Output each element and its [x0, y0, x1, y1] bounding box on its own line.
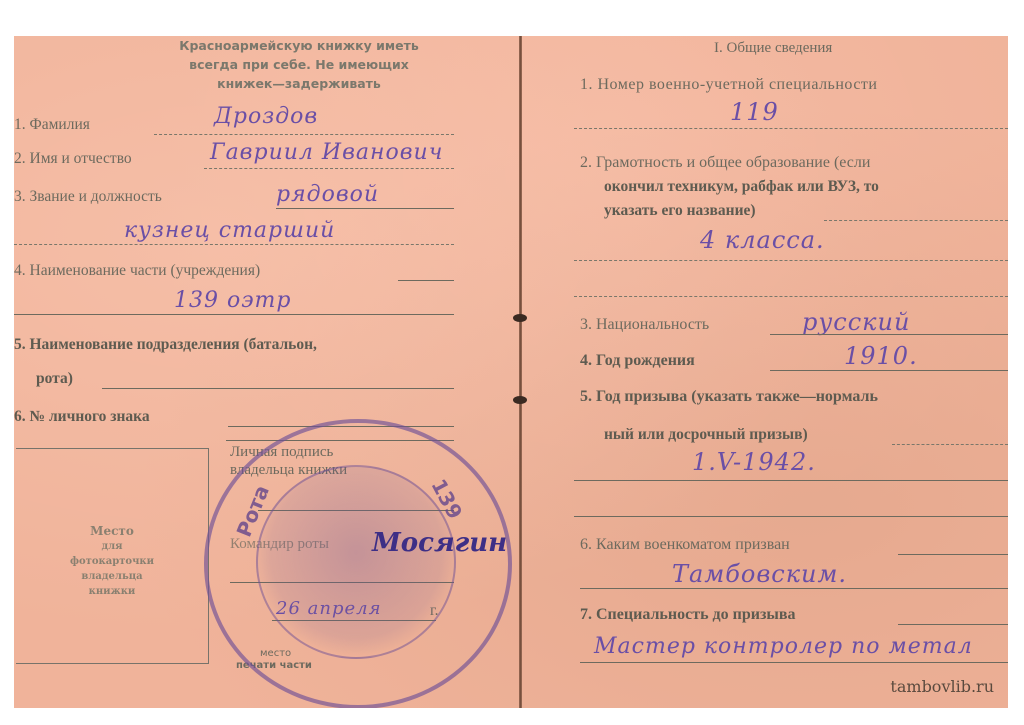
position-value: кузнец старший	[124, 218, 335, 243]
photo-text-3: фотокарточки	[16, 554, 208, 569]
prior-specialty-value: Мастер контролер по метал	[594, 634, 973, 659]
section-title: I. Общие сведения	[714, 40, 832, 57]
tag-number-label: 6. № личного знака	[14, 408, 150, 426]
prior-specialty-line-2	[580, 662, 1008, 663]
name-patronymic-label: 2. Имя и отчество	[14, 150, 132, 168]
photo-placeholder-box: Место для фотокарточки владельца книжки	[16, 448, 209, 664]
unit-name-line-1	[398, 280, 454, 281]
photo-placeholder-text: Место для фотокарточки владельца книжки	[16, 524, 208, 599]
right-page: I. Общие сведения 1. Номер военно-учетно…	[522, 36, 1008, 708]
enlistment-office-line-2	[580, 588, 1008, 589]
education-value: 4 класса.	[700, 226, 825, 254]
header-note-line-2: всегда при себе. Не имеющих	[114, 55, 484, 74]
education-line-2	[574, 260, 1008, 261]
unit-name-label: 4. Наименование части (учреждения)	[14, 262, 260, 280]
prior-specialty-line-1	[898, 624, 1008, 625]
unit-name-value: 139 оэтр	[174, 288, 292, 313]
position-line	[14, 244, 454, 245]
subdivision-label: 5. Наименование подразделения (батальон,	[14, 336, 317, 354]
surname-line	[154, 134, 454, 135]
education-label-3: указать его название)	[604, 202, 756, 220]
nationality-value: русский	[802, 308, 910, 336]
rank-line	[276, 208, 454, 209]
rank-position-label: 3. Звание и должность	[14, 188, 162, 206]
red-army-booklet-spread: Красноармейскую книжку иметь всегда при …	[14, 36, 1008, 708]
subdivision-label-2: рота)	[36, 370, 73, 388]
photo-text-1: Место	[16, 524, 208, 539]
photo-text-4: владельца	[16, 569, 208, 584]
header-note: Красноармейскую книжку иметь всегда при …	[114, 36, 484, 93]
watermark: tambovlib.ru	[890, 677, 994, 696]
subdivision-line	[102, 388, 454, 389]
conscription-year-line-3	[574, 516, 1008, 517]
rank-value: рядовой	[276, 182, 379, 207]
stamp-emblem	[256, 465, 456, 659]
education-label-2: окончил техникум, рабфак или ВУЗ, то	[604, 178, 879, 196]
conscription-year-label: 5. Год призыва (указать также—нормаль	[580, 388, 878, 406]
name-patronymic-line	[204, 168, 454, 169]
birth-year-line	[770, 370, 1008, 371]
education-line-3	[574, 296, 1008, 297]
education-line-1	[824, 220, 1008, 221]
military-specialty-label: 1. Номер военно-учетной специальности	[580, 76, 877, 94]
header-note-line-1: Красноармейскую книжку иметь	[114, 36, 484, 55]
enlistment-office-label: 6. Каким военкоматом призван	[580, 536, 790, 554]
header-note-line-3: книжек—задерживать	[114, 74, 484, 93]
enlistment-office-value: Тамбовским.	[672, 560, 847, 588]
education-label: 2. Грамотность и общее образование (если	[580, 154, 870, 172]
military-specialty-line	[574, 128, 1008, 129]
commander-signature: Мосягин	[372, 528, 507, 558]
birth-year-label: 4. Год рождения	[580, 352, 695, 370]
conscription-year-line-1	[892, 444, 1008, 445]
photo-text-2: для	[16, 539, 208, 554]
nationality-label: 3. Национальность	[580, 316, 709, 334]
enlistment-office-line-1	[898, 554, 1008, 555]
name-patronymic-value: Гавриил Иванович	[210, 140, 443, 165]
conscription-year-label-2: ный или досрочный призыв)	[604, 426, 808, 444]
left-page: Красноармейскую книжку иметь всегда при …	[14, 36, 520, 708]
unit-stamp: Рота 139	[204, 419, 512, 708]
prior-specialty-label: 7. Специальность до призыва	[580, 606, 796, 624]
surname-label: 1. Фамилия	[14, 116, 90, 134]
photo-text-5: книжки	[16, 584, 208, 599]
unit-name-line-2	[14, 314, 454, 315]
birth-year-value: 1910.	[844, 342, 918, 370]
surname-value: Дроздов	[214, 104, 318, 129]
conscription-year-line-2	[574, 480, 1008, 481]
conscription-year-value: 1.V-1942.	[692, 448, 816, 476]
military-specialty-value: 119	[730, 98, 779, 126]
nationality-line	[770, 334, 1008, 335]
